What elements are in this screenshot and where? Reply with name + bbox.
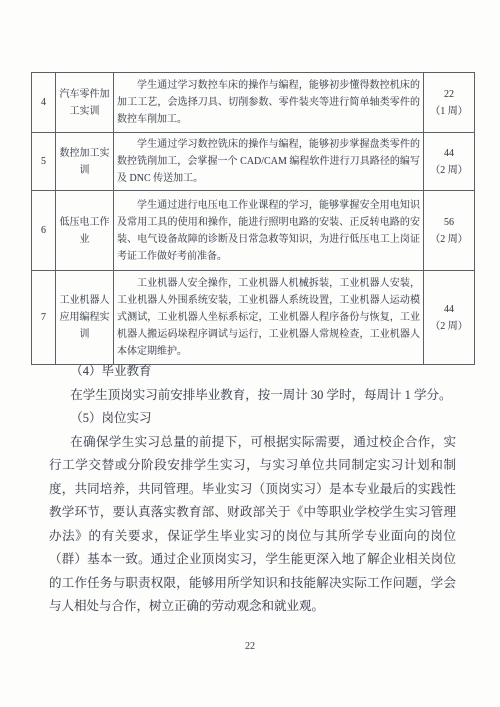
course-number: 7 [32,271,56,365]
weeks-value: （2 周） [427,162,471,179]
weeks-value: （2 周） [427,318,471,335]
hours-value: 44 [427,301,471,318]
course-description: 学生通过学习数控车床的操作与编程，能够初步懂得数控机床的加工工艺，会选择刀具、切… [114,73,424,133]
paragraph-graduation-education: 在学生顶岗实习前安排毕业教育，按一周计 30 学时，每周计 1 学分。 [49,384,456,408]
course-description-text: 学生通过学习数控铣床的操作与编程，能够初步掌握盘类零件的数控铣削加工，会掌握一个… [117,136,420,187]
course-number: 6 [32,191,56,271]
course-description: 学生通过进行电压电工作业课程的学习，能够掌握安全用电知识及常用工具的使用和操作，… [114,191,424,271]
section-heading-post-internship: （5）岗位实习 [49,407,456,431]
paragraph-post-internship: 在确保学生实习总量的前提下，可根据实际需要，通过校企合作，实行工学交替或分阶段安… [49,431,456,619]
table-row: 4 汽车零件加工实训 学生通过学习数控车床的操作与编程，能够初步懂得数控机床的加… [32,73,475,133]
course-hours: 44 （2 周） [424,271,475,365]
table-row: 7 工业机器人应用编程实训 工业机器人安全操作，工业机器人机械拆装，工业机器人安… [32,271,475,365]
course-description-text: 学生通过学习数控车床的操作与编程，能够初步懂得数控机床的加工工艺，会选择刀具、切… [117,77,420,128]
weeks-value: （1 周） [427,103,471,120]
hours-value: 44 [427,145,471,162]
training-courses-table: 4 汽车零件加工实训 学生通过学习数控车床的操作与编程，能够初步懂得数控机床的加… [31,72,475,365]
section-heading-graduation-education: （4）毕业教育 [49,360,456,384]
course-number: 4 [32,73,56,133]
course-hours: 56 （2 周） [424,191,475,271]
body-text-block: （4）毕业教育 在学生顶岗实习前安排毕业教育，按一周计 30 学时，每周计 1 … [49,360,456,619]
hours-value: 56 [427,214,471,231]
course-name: 汽车零件加工实训 [56,73,114,133]
course-name: 工业机器人应用编程实训 [56,271,114,365]
course-description-text: 学生通过进行电压电工作业课程的学习，能够掌握安全用电知识及常用工具的使用和操作，… [117,197,420,265]
document-page: 4 汽车零件加工实训 学生通过学习数控车床的操作与编程，能够初步懂得数控机床的加… [0,0,500,707]
course-hours: 22 （1 周） [424,73,475,133]
course-name: 低压电工作业 [56,191,114,271]
course-hours: 44 （2 周） [424,133,475,191]
course-description-text: 工业机器人安全操作，工业机器人机械拆装，工业机器人安装，工业机器人外围系统安装，… [117,275,420,360]
table-row: 5 数控加工实训 学生通过学习数控铣床的操作与编程，能够初步掌握盘类零件的数控铣… [32,133,475,191]
hours-value: 22 [427,86,471,103]
course-number: 5 [32,133,56,191]
course-description: 学生通过学习数控铣床的操作与编程，能够初步掌握盘类零件的数控铣削加工，会掌握一个… [114,133,424,191]
table-row: 6 低压电工作业 学生通过进行电压电工作业课程的学习，能够掌握安全用电知识及常用… [32,191,475,271]
course-description: 工业机器人安全操作，工业机器人机械拆装，工业机器人安装，工业机器人外围系统安装，… [114,271,424,365]
course-name: 数控加工实训 [56,133,114,191]
page-number: 22 [0,641,500,652]
weeks-value: （2 周） [427,231,471,248]
